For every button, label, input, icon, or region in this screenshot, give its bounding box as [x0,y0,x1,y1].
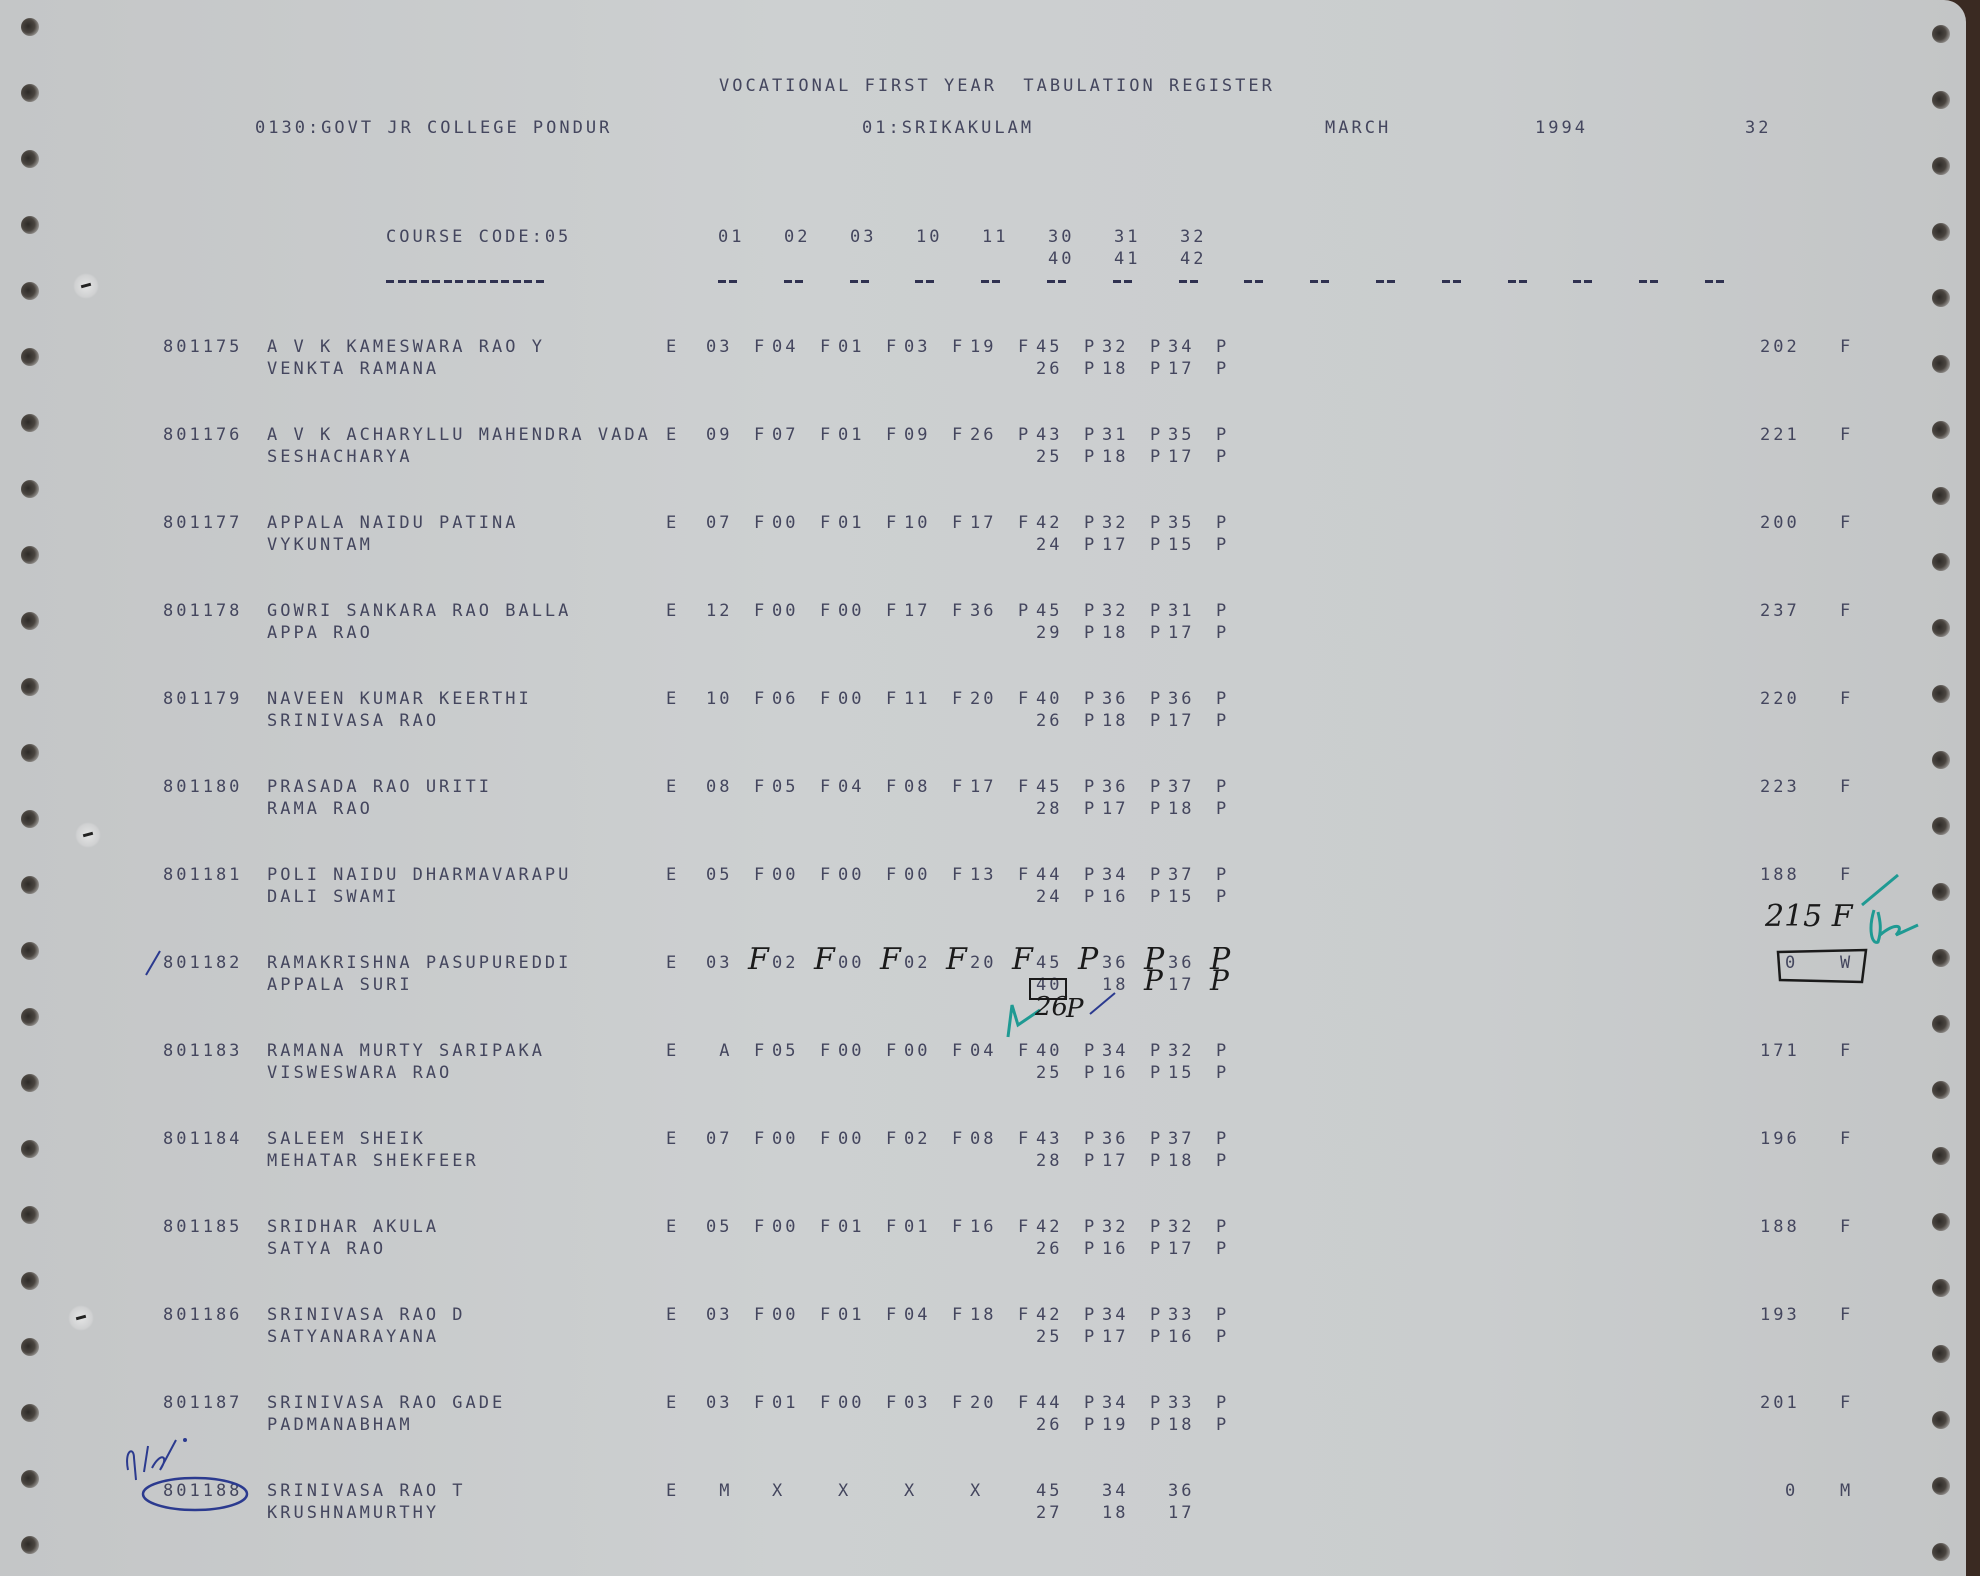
boxed-result [1778,950,1866,982]
corrected-total: 215 F [1765,902,1853,932]
tabulation-sheet: VOCATIONAL FIRST YEAR TABULATION REGISTE… [0,0,1966,1576]
corrected-grade: P [1066,996,1084,1022]
handwritten-note [127,1440,176,1480]
pen-slash-mark [146,951,160,975]
corrected-mark: 26 [1035,994,1068,1020]
handwritten-annotations [0,0,1966,1576]
circled-id [143,1478,247,1510]
teal-initials [1862,875,1918,942]
